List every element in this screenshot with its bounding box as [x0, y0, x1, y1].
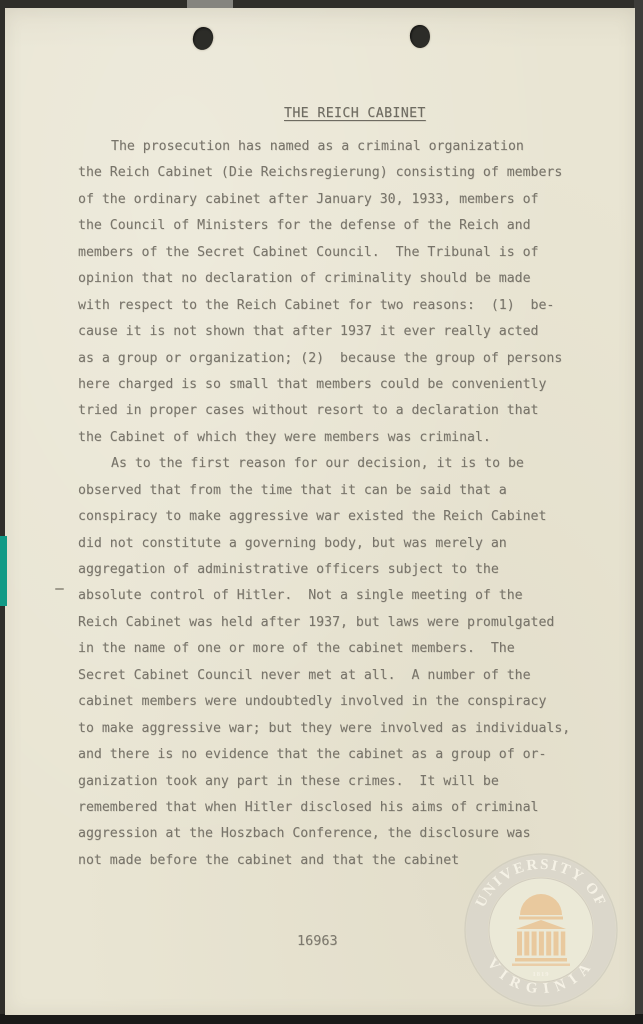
page-title-text: THE REICH CABINET [284, 106, 426, 121]
document-page: THE REICH CABINET The prosecution has na… [5, 8, 635, 1015]
seal-year-text: 1819 [533, 971, 550, 978]
scanned-document-page: { "page": { "title": "THE REICH CABINET"… [0, 0, 643, 1024]
text-line: did not constitute a governing body, but… [78, 531, 590, 557]
university-of-virginia-watermark-seal: UNIVERSITY OF VIRGINIA 1819 [461, 850, 621, 1010]
text-line: here charged is so small that members co… [78, 372, 590, 398]
text-line: remembered that when Hitler disclosed hi… [78, 795, 590, 821]
text-line: cabinet members were undoubtedly involve… [78, 689, 590, 715]
text-line: in the name of one or more of the cabine… [78, 636, 590, 662]
text-line: aggregation of administrative officers s… [78, 557, 590, 583]
text-line: members of the Secret Cabinet Council. T… [78, 240, 590, 266]
text-line: ganization took any part in these crimes… [78, 769, 590, 795]
page-number: 16963 [297, 933, 338, 949]
text-line: with respect to the Reich Cabinet for tw… [78, 293, 590, 319]
punch-hole-left [191, 25, 215, 52]
text-line: absolute control of Hitler. Not a single… [78, 583, 590, 609]
text-line: the Council of Ministers for the defense… [78, 213, 590, 239]
scan-backdrop-right-edge [634, 0, 643, 1024]
text-line: the Reich Cabinet (Die Reichsregierung) … [78, 160, 590, 186]
text-line: Secret Cabinet Council never met at all.… [78, 663, 590, 689]
text-line: opinion that no declaration of criminali… [78, 266, 590, 292]
text-line: the Cabinet of which they were members w… [78, 425, 590, 451]
text-line: as a group or organization; (2) because … [78, 346, 590, 372]
text-line: cause it is not shown that after 1937 it… [78, 319, 590, 345]
text-line: Reich Cabinet was held after 1937, but l… [78, 610, 590, 636]
page-title: THE REICH CABINET [284, 106, 426, 121]
teal-bookmark-strip [0, 536, 7, 606]
text-line: of the ordinary cabinet after January 30… [78, 187, 590, 213]
punch-hole-right [408, 24, 431, 50]
document-body: The prosecution has named as a criminal … [78, 134, 590, 874]
scan-backdrop-bottom-edge [0, 1014, 643, 1024]
text-line: and there is no evidence that the cabine… [78, 742, 590, 768]
text-line: As to the first reason for our decision,… [78, 451, 590, 477]
text-line: to make aggressive war; but they were in… [78, 716, 590, 742]
text-line: tried in proper cases without resort to … [78, 398, 590, 424]
text-line: The prosecution has named as a criminal … [78, 134, 590, 160]
text-line: observed that from the time that it can … [78, 478, 590, 504]
margin-pencil-mark [55, 588, 64, 590]
text-line: aggression at the Hoszbach Conference, t… [78, 821, 590, 847]
text-line: conspiracy to make aggressive war existe… [78, 504, 590, 530]
folder-tab [187, 0, 233, 8]
